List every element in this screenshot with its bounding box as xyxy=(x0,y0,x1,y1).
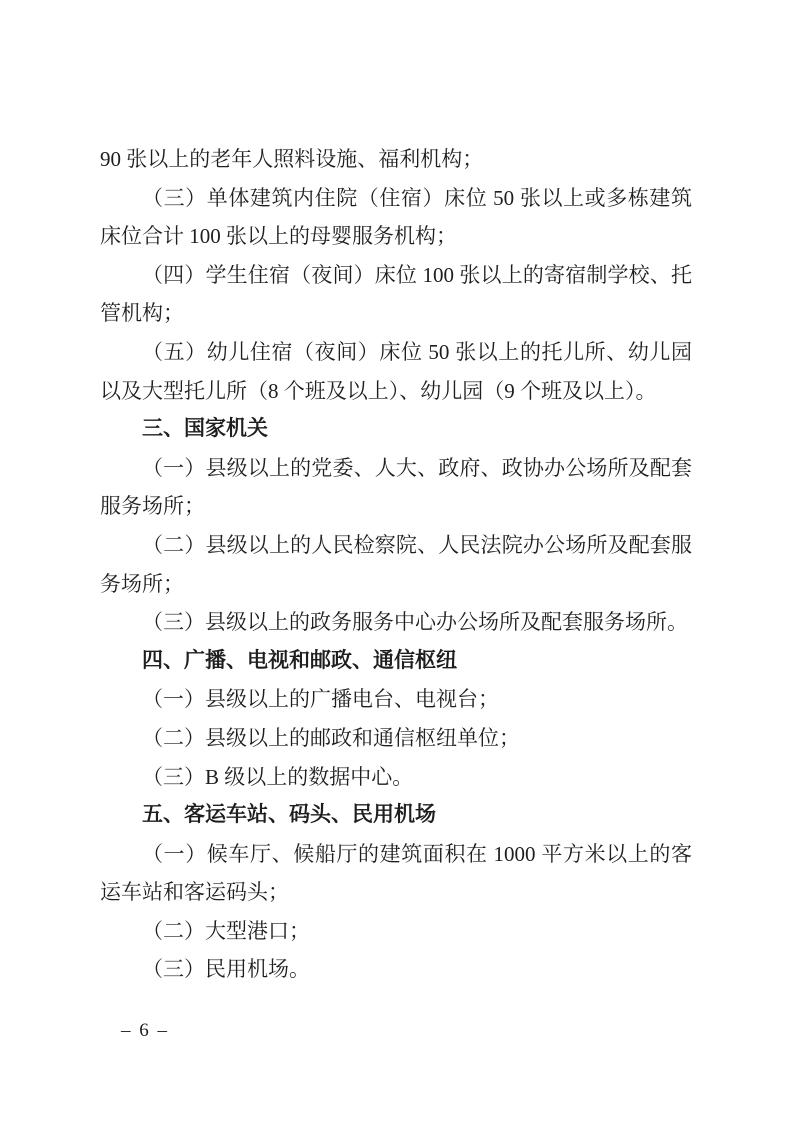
paragraph: （三）B 级以上的数据中心。 xyxy=(100,758,692,797)
paragraph: （三）县级以上的政务服务中心办公场所及配套服务场所。 xyxy=(100,603,692,642)
paragraph: 90 张以上的老年人照料设施、福利机构； xyxy=(100,140,692,179)
paragraph: （一）县级以上的广播电台、电视台； xyxy=(100,680,692,719)
page-number: – 6 – xyxy=(121,1020,169,1041)
page-footer: – 6 – xyxy=(121,1020,169,1042)
paragraph: （三）单体建筑内住院（住宿）床位 50 张以上或多栋建筑床位合计 100 张以上… xyxy=(100,179,692,256)
paragraph: （三）民用机场。 xyxy=(100,950,692,989)
document-page: 90 张以上的老年人照料设施、福利机构；（三）单体建筑内住院（住宿）床位 50 … xyxy=(0,0,793,1122)
paragraph: （四）学生住宿（夜间）床位 100 张以上的寄宿制学校、托管机构； xyxy=(100,256,692,333)
paragraph: （五）幼儿住宿（夜间）床位 50 张以上的托儿所、幼儿园以及大型托儿所（8 个班… xyxy=(100,333,692,410)
paragraph: （二）县级以上的邮政和通信枢纽单位； xyxy=(100,719,692,758)
document-body: 90 张以上的老年人照料设施、福利机构；（三）单体建筑内住院（住宿）床位 50 … xyxy=(100,140,692,989)
paragraph: （一）候车厅、候船厅的建筑面积在 1000 平方米以上的客运车站和客运码头； xyxy=(100,835,692,912)
section-heading: 五、客运车站、码头、民用机场 xyxy=(100,796,692,835)
section-heading: 三、国家机关 xyxy=(100,410,692,449)
paragraph: （二）大型港口； xyxy=(100,912,692,951)
paragraph: （一）县级以上的党委、人大、政府、政协办公场所及配套服务场所； xyxy=(100,449,692,526)
paragraph: （二）县级以上的人民检察院、人民法院办公场所及配套服务场所； xyxy=(100,526,692,603)
section-heading: 四、广播、电视和邮政、通信枢纽 xyxy=(100,642,692,681)
